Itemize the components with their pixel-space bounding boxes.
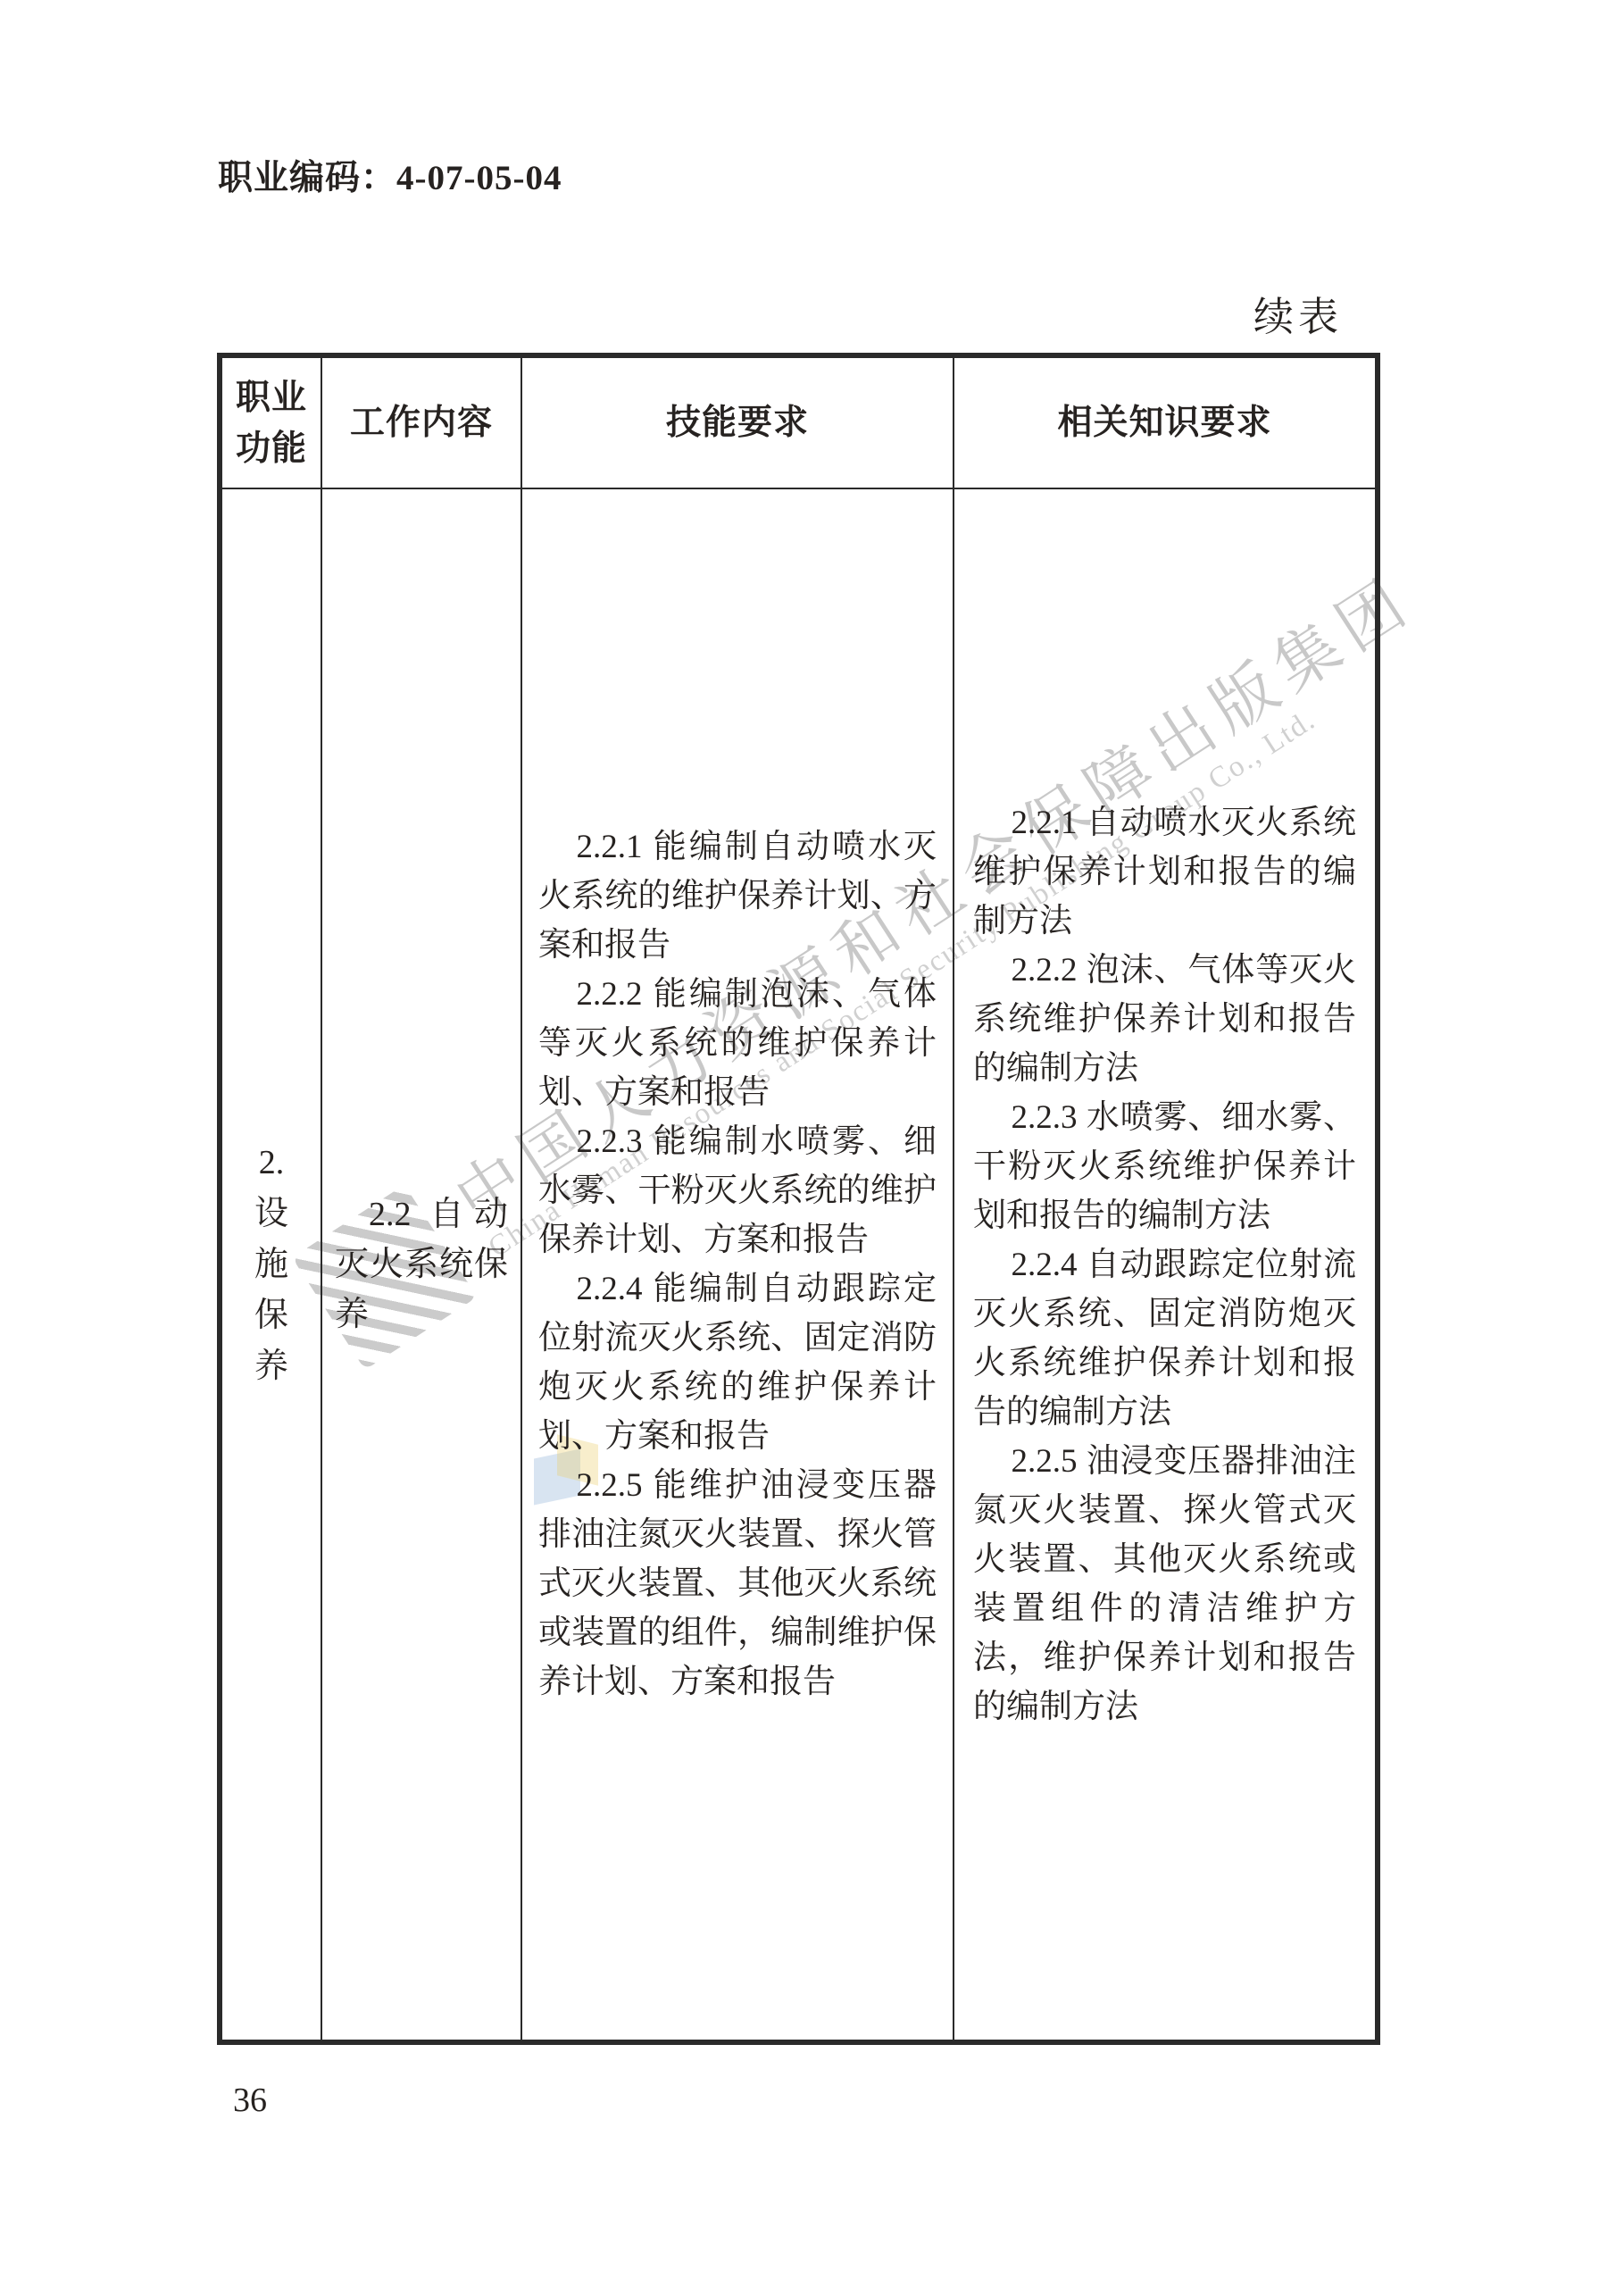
cell-occupational-function: 2. 设 施 保 养 <box>222 489 322 2040</box>
function-line: 设 <box>254 1189 288 1239</box>
function-line: 养 <box>254 1341 288 1392</box>
function-line: 保 <box>254 1290 288 1341</box>
function-line: 施 <box>254 1239 288 1290</box>
header-skill-requirements: 技能要求 <box>522 358 954 488</box>
cell-knowledge-requirements: 2.2.1 自动喷水灭火系统维护保养计划和报告的编制方法2.2.2 泡沫、气体等… <box>954 489 1375 2040</box>
skill-paragraph: 2.2.4 能编制自动跟踪定位射流灭火系统、固定消防炮灭火系统的维护保养计划、方… <box>538 1264 937 1461</box>
skill-paragraph: 2.2.5 能维护油浸变压器排油注氮灭火装置、探火管式灭火装置、其他灭火系统或装… <box>538 1461 937 1706</box>
header-knowledge-requirements: 相关知识要求 <box>954 358 1375 488</box>
page-number: 36 <box>233 2081 267 2120</box>
skill-paragraph: 2.2.1 能编制自动喷水灭火系统的维护保养计划、方案和报告 <box>538 822 937 970</box>
header-line: 功能 <box>236 423 307 474</box>
header-work-content: 工作内容 <box>322 358 522 488</box>
knowledge-paragraph: 2.2.3 水喷雾、细水雾、干粉灭火系统维护保养计划和报告的编制方法 <box>973 1093 1356 1240</box>
knowledge-paragraph: 2.2.4 自动跟踪定位射流灭火系统、固定消防炮灭火系统维护保养计划和报告的编制… <box>973 1240 1356 1437</box>
table-header-row: 职业 功能 工作内容 技能要求 相关知识要求 <box>222 358 1375 489</box>
skill-paragraph: 2.2.3 能编制水喷雾、细水雾、干粉灭火系统的维护保养计划、方案和报告 <box>538 1117 937 1264</box>
work-content-text: 2.2 自动灭火系统保养 <box>335 1189 508 1339</box>
occupation-code-label: 职业编码：4-07-05-04 <box>218 150 562 200</box>
continued-table-label: 续表 <box>1253 284 1343 342</box>
function-line: 2. <box>259 1138 285 1189</box>
requirements-table: 职业 功能 工作内容 技能要求 相关知识要求 2. 设 施 保 养 2.2 自动… <box>217 353 1380 2045</box>
table-body-row: 2. 设 施 保 养 2.2 自动灭火系统保养 2.2.1 能编制自动喷水灭火系… <box>222 489 1375 2040</box>
knowledge-paragraph: 2.2.1 自动喷水灭火系统维护保养计划和报告的编制方法 <box>973 798 1356 946</box>
knowledge-paragraph: 2.2.2 泡沫、气体等灭火系统维护保养计划和报告的编制方法 <box>973 946 1356 1093</box>
knowledge-paragraph: 2.2.5 油浸变压器排油注氮灭火装置、探火管式灭火装置、其他灭火系统或装置组件… <box>973 1437 1356 1731</box>
cell-skill-requirements: 2.2.1 能编制自动喷水灭火系统的维护保养计划、方案和报告2.2.2 能编制泡… <box>522 489 954 2040</box>
header-line: 职业 <box>236 372 307 423</box>
cell-work-content: 2.2 自动灭火系统保养 <box>322 489 522 2040</box>
skill-paragraph: 2.2.2 能编制泡沫、气体等灭火系统的维护保养计划、方案和报告 <box>538 970 937 1117</box>
header-occupational-function: 职业 功能 <box>222 358 322 488</box>
